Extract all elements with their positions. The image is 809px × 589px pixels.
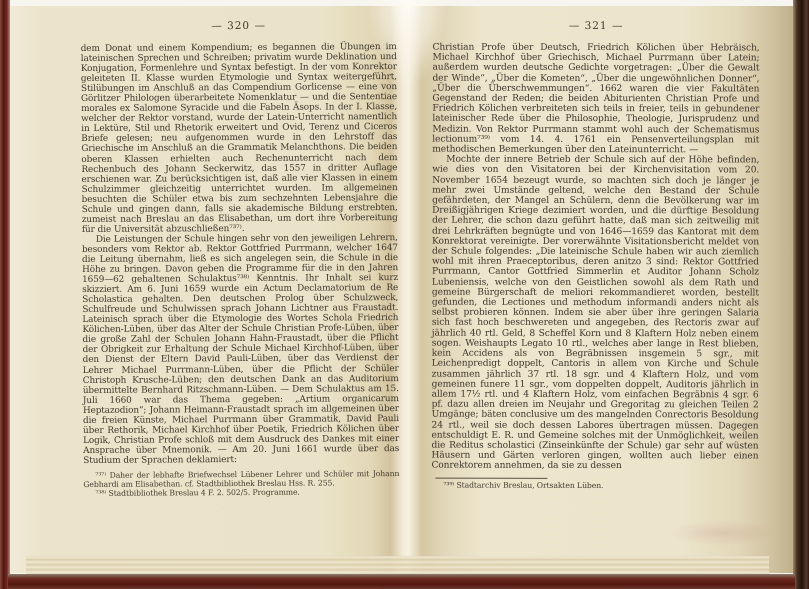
left-paragraph-2: Die Leistungen der Schule hingen sehr vo… [82, 233, 399, 466]
page-stain [668, 520, 778, 546]
right-page-footnotes: ⁷³⁹⁾ Stadtarchiv Breslau, Ortsakten Lübe… [431, 477, 758, 491]
left-page-body: dem Donat und einem Kompendium; es began… [81, 42, 400, 466]
right-paragraph-2: Mochte der innere Betrieb der Schule sic… [431, 155, 759, 472]
left-page: — 320 — dem Donat und einem Kompendium; … [81, 19, 400, 499]
footnote-separator-rule [435, 477, 547, 478]
right-paragraph-continuation: Christian Profe über Deutsch, Friedrich … [432, 43, 759, 156]
book-cover-left-edge [0, 0, 10, 589]
right-page-body: Christian Profe über Deutsch, Friedrich … [431, 43, 759, 472]
right-page-number: — 321 — [433, 20, 760, 33]
footnote-739: ⁷³⁹⁾ Stadtarchiv Breslau, Ortsakten Lübe… [431, 481, 758, 491]
left-paragraph-continuation: dem Donat und einem Kompendium; es began… [81, 42, 398, 235]
right-page: — 321 — Christian Profe über Deutsch, Fr… [431, 20, 759, 491]
footnote-737: ⁷³⁷⁾ Daher der lebhafte Briefwechsel Lüb… [83, 470, 399, 490]
left-page-number: — 320 — [81, 19, 397, 33]
book-cover-bottom-edge [8, 574, 795, 589]
page-edges [26, 556, 769, 574]
book-cover-right-edge [793, 0, 809, 589]
left-page-footnotes: ⁷³⁷⁾ Daher der lebhafte Briefwechsel Lüb… [83, 470, 399, 499]
